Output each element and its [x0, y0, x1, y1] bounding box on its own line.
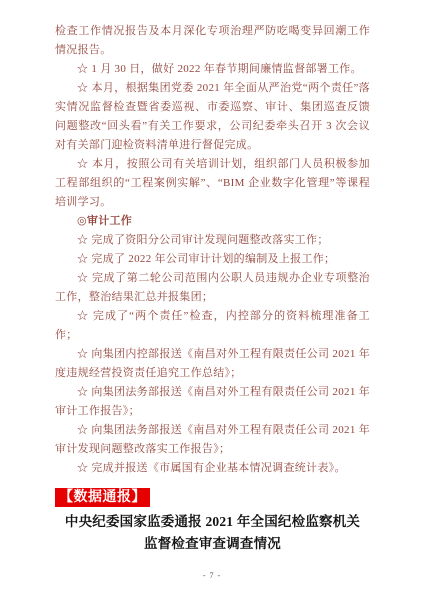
section-subheader: ◎审计工作	[55, 212, 370, 231]
body-paragraph: ☆ 向集团内控部报送《南昌对外工程有限责任公司 2021 年度违规经营投资责任追…	[55, 345, 370, 383]
body-paragraph: ☆ 本月，根据集团党委 2021 年全面从严治党“两个责任”落实情况监督检查暨省…	[55, 79, 370, 155]
body-paragraph: 检查工作情况报告及本月深化专项治理严防吃喝变异回潮工作情况报告。	[55, 22, 370, 60]
body-paragraph: ☆ 完成了“两个责任”检查，内控部分的资料梳理准备工作；	[55, 307, 370, 345]
section-badge: 【数据通报】	[55, 488, 150, 507]
article-title-line: 监督检查审查调查情况	[55, 533, 370, 555]
page-number: - 7 -	[0, 571, 424, 580]
page-content: 检查工作情况报告及本月深化专项治理严防吃喝变异回潮工作情况报告。☆ 1 月 30…	[55, 22, 370, 555]
body-paragraph: ☆ 完成并报送《市属国有企业基本情况调查统计表》。	[55, 459, 370, 478]
body-paragraph: ☆ 向集团法务部报送《南昌对外工程有限责任公司 2021 年审计工作报告》；	[55, 383, 370, 421]
body-paragraph: ☆ 本月，按照公司有关培训计划，组织部门人员积极参加工程部组织的“工程案例实解”…	[55, 155, 370, 212]
body-paragraph: ☆ 完成了 2022 年公司审计计划的编制及上报工作；	[55, 250, 370, 269]
body-paragraph: ☆ 完成了第二轮公司范围内公职人员违规办企业专项整治工作，整治结果汇总并报集团；	[55, 269, 370, 307]
body-paragraph: ☆ 1 月 30 日，做好 2022 年春节期间廉情监督部署工作。	[55, 60, 370, 79]
body-paragraph: ☆ 完成了资阳分公司审计发现问题整改落实工作；	[55, 231, 370, 250]
document-page: 检查工作情况报告及本月深化专项治理严防吃喝变异回潮工作情况报告。☆ 1 月 30…	[0, 0, 424, 600]
newsletter-body: 检查工作情况报告及本月深化专项治理严防吃喝变异回潮工作情况报告。☆ 1 月 30…	[55, 22, 370, 478]
article-title-line: 中央纪委国家监委通报 2021 年全国纪检监察机关	[55, 511, 370, 533]
article-title: 中央纪委国家监委通报 2021 年全国纪检监察机关监督检查审查调查情况	[55, 511, 370, 555]
body-paragraph: ☆ 向集团法务部报送《南昌对外工程有限责任公司 2021 年审计发现问题整改落实…	[55, 421, 370, 459]
